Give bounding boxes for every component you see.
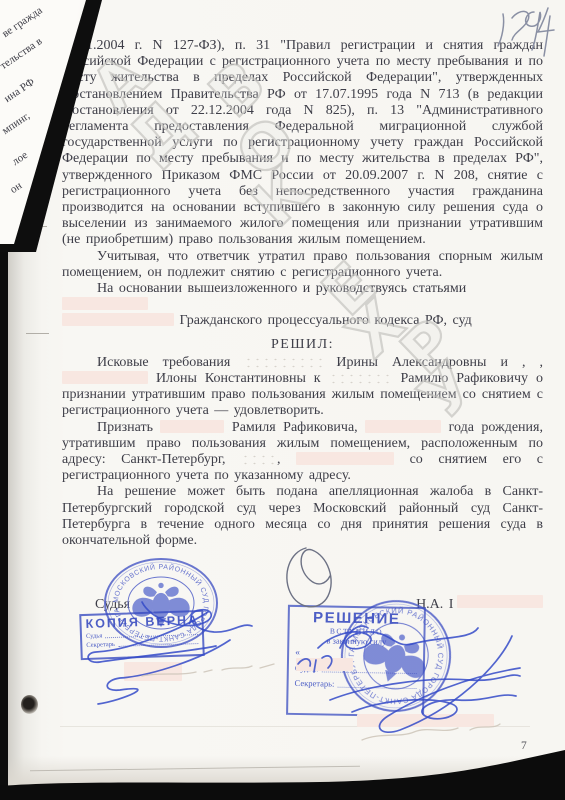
text-run: На решение может быть подана апелляционн… <box>62 484 543 548</box>
paragraph: На основании вышеизложенного и руководст… <box>62 281 543 330</box>
paper-crease <box>60 726 530 727</box>
text-run: Гражданского процессуального кодекса РФ,… <box>174 313 472 328</box>
corner-text-fragment: он <box>8 180 24 196</box>
text-run: 02.11.2004 г. N 127-ФЗ), п. 31 "Правил р… <box>62 38 543 247</box>
corner-text-fragment: мпинг, <box>0 110 32 137</box>
paragraph: На решение может быть подана апелляционн… <box>62 484 543 549</box>
text-run: Ирины Александровны и , , <box>322 355 543 370</box>
text-run: На основании вышеизложенного и руководст… <box>97 281 466 296</box>
stamp-title: КОПИЯ ВЕРНА <box>85 613 197 631</box>
decision-heading: РЕШИЛ: <box>62 337 543 353</box>
stamp-judge-label: Судья: <box>295 663 319 673</box>
decision-in-force-stamp: РЕШЕНИЕ ВСТУПИЛО в законную силу « Судья… <box>286 605 426 717</box>
copy-verna-stamp: КОПИЯ ВЕРНА Судья Секретарь <box>79 610 205 660</box>
scanned-court-decision-photo: 02.11.2004 г. N 127-ФЗ), п. 31 "Правил р… <box>0 0 565 800</box>
fill-in-line <box>321 671 416 674</box>
redaction-box <box>296 452 394 465</box>
erased-text <box>241 453 277 465</box>
text-run: Рамиля Рафиковича, <box>224 420 365 435</box>
paragraph: Учитывая, что ответчик утратил право пол… <box>62 249 543 281</box>
text-run: РЕШИЛ: <box>271 337 334 352</box>
text-run: , <box>277 452 296 467</box>
photo-background-edge <box>0 740 565 800</box>
margin-tick <box>26 333 49 334</box>
stamp-force-label: в законную силу <box>295 635 417 647</box>
date-open-quote: « <box>295 648 300 658</box>
corner-text-fragment: ина РФ <box>2 76 37 105</box>
erased-text <box>329 372 393 384</box>
paragraph: Исковые требования Ирины Александровны и… <box>62 355 543 420</box>
text-run: Исковые требования <box>97 355 244 370</box>
redaction-box <box>365 420 441 433</box>
text-run: Илоны Константиновны к <box>148 371 329 386</box>
corner-text-fragment: тельства в <box>0 35 44 72</box>
redaction-box <box>62 371 148 384</box>
fill-in-line <box>118 643 198 647</box>
redaction-box <box>62 297 148 310</box>
text-run: Учитывая, что ответчик утратил право пол… <box>62 249 543 280</box>
corner-text-fragment: лое <box>10 149 30 168</box>
redaction-box <box>457 595 543 608</box>
corner-text-fragment: ве гражда <box>0 4 45 40</box>
erased-text <box>244 356 322 368</box>
stamp-title: РЕШЕНИЕ <box>296 609 418 628</box>
document-body: 02.11.2004 г. N 127-ФЗ), п. 31 "Правил р… <box>62 38 543 614</box>
punch-hole <box>21 695 38 714</box>
redaction-box <box>62 313 174 326</box>
stamp-secretary-label: Секретарь <box>86 641 115 649</box>
stamp-judge-label: Судья <box>86 632 103 640</box>
fill-in-line <box>337 687 416 689</box>
paragraph: Признать Рамиля Рафиковича, года рождени… <box>62 420 543 485</box>
text-run: Признать <box>97 420 160 435</box>
redaction-box <box>160 420 224 433</box>
paragraph: 02.11.2004 г. N 127-ФЗ), п. 31 "Правил р… <box>62 38 543 249</box>
stamp-secretary-label: Секретарь: <box>295 678 335 689</box>
